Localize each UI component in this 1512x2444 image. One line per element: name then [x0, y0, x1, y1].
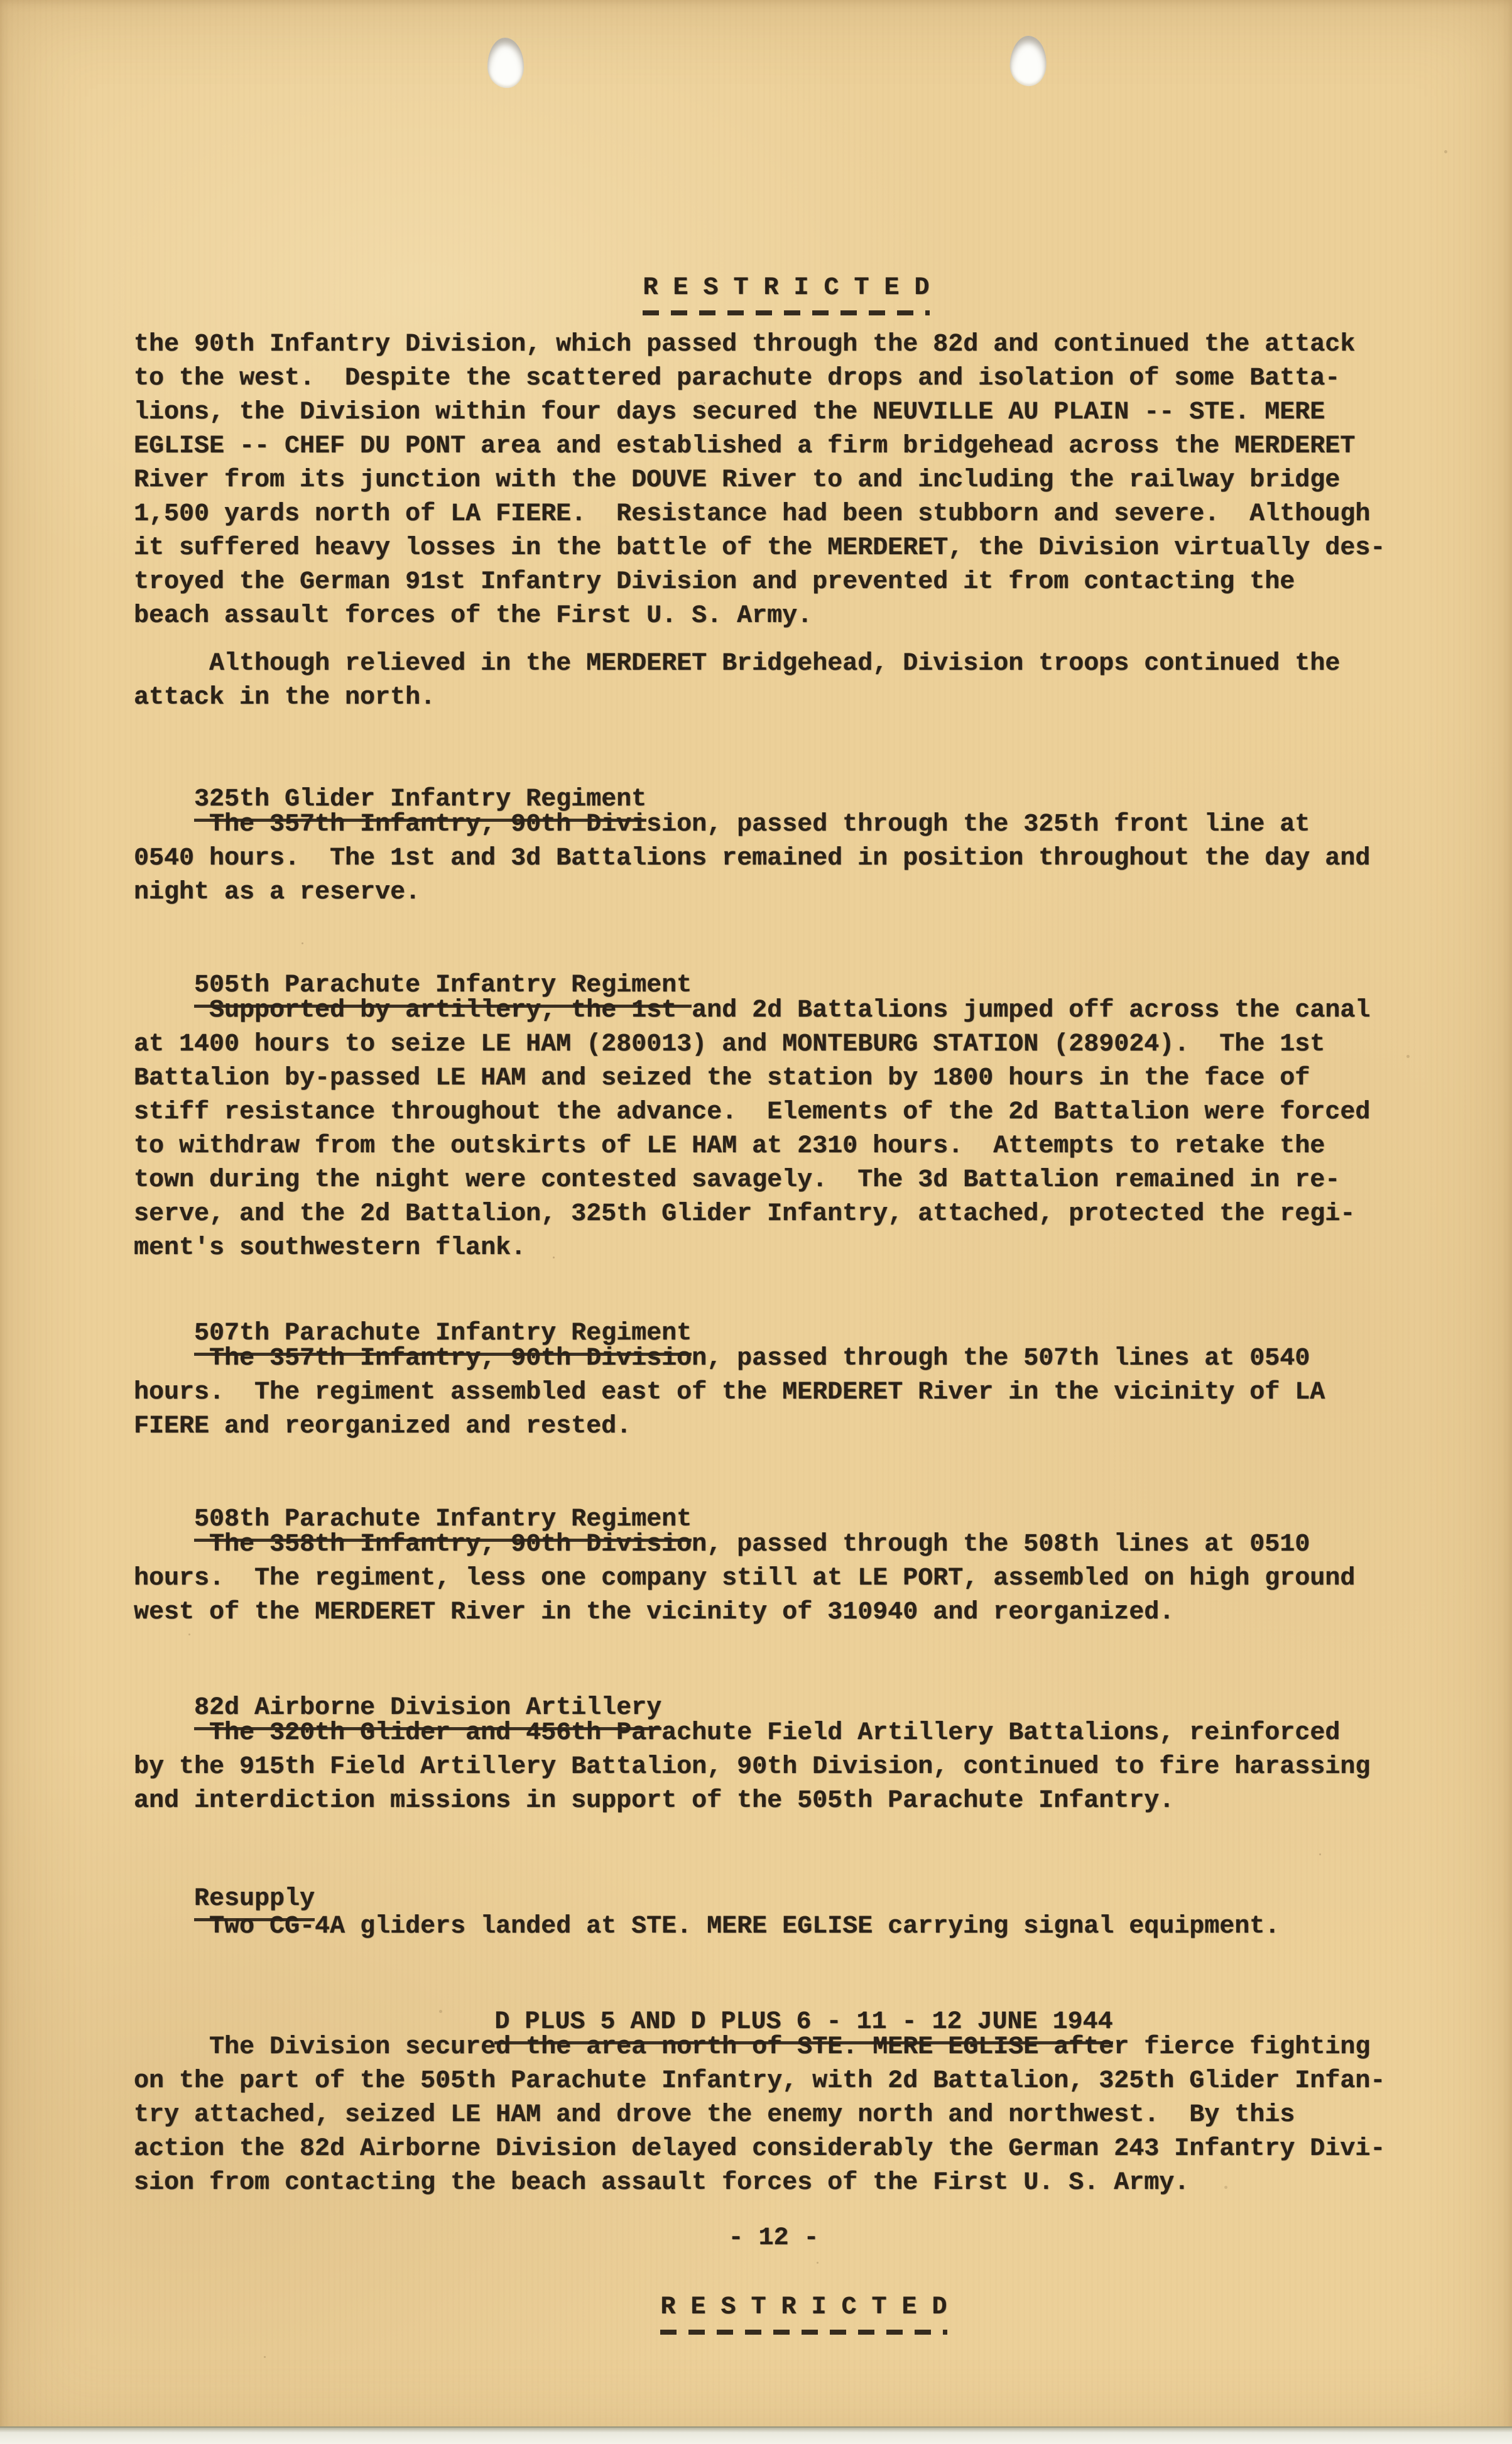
- scan-bottom-edge: [0, 2426, 1512, 2444]
- paragraph-508th: The 358th Infantry, 90th Division, passe…: [134, 1528, 1409, 1630]
- page-number: - 12 -: [18, 2222, 1512, 2256]
- paper-specks: [0, 0, 2, 2]
- classification-bottom-text: R E S T R I C T E D: [660, 2291, 947, 2335]
- paragraph-artillery: The 320th Glider and 456th Parachute Fie…: [134, 1716, 1409, 1818]
- paragraph-505th: Supported by artillery, the 1st and 2d B…: [134, 994, 1409, 1265]
- paragraph-intro-2: Although relieved in the MERDERET Bridge…: [134, 647, 1409, 715]
- punch-hole-left: [487, 38, 524, 88]
- paragraph-507th: The 357th Infantry, 90th Division, passe…: [134, 1342, 1409, 1444]
- paragraph-intro-continuation: the 90th Infantry Division, which passed…: [134, 328, 1409, 633]
- paragraph-date-summary: The Division secured the area north of S…: [134, 2031, 1409, 2200]
- paragraph-325th: The 357th Infantry, 90th Division, passe…: [134, 808, 1409, 910]
- document-page: R E S T R I C T E D the 90th Infantry Di…: [0, 0, 1512, 2444]
- classification-top-text: R E S T R I C T E D: [643, 271, 929, 315]
- paragraph-resupply: Two CG-4A gliders landed at STE. MERE EG…: [134, 1910, 1409, 1944]
- punch-hole-right: [1009, 35, 1048, 87]
- classification-footer: R E S T R I C T E D: [18, 2257, 1512, 2369]
